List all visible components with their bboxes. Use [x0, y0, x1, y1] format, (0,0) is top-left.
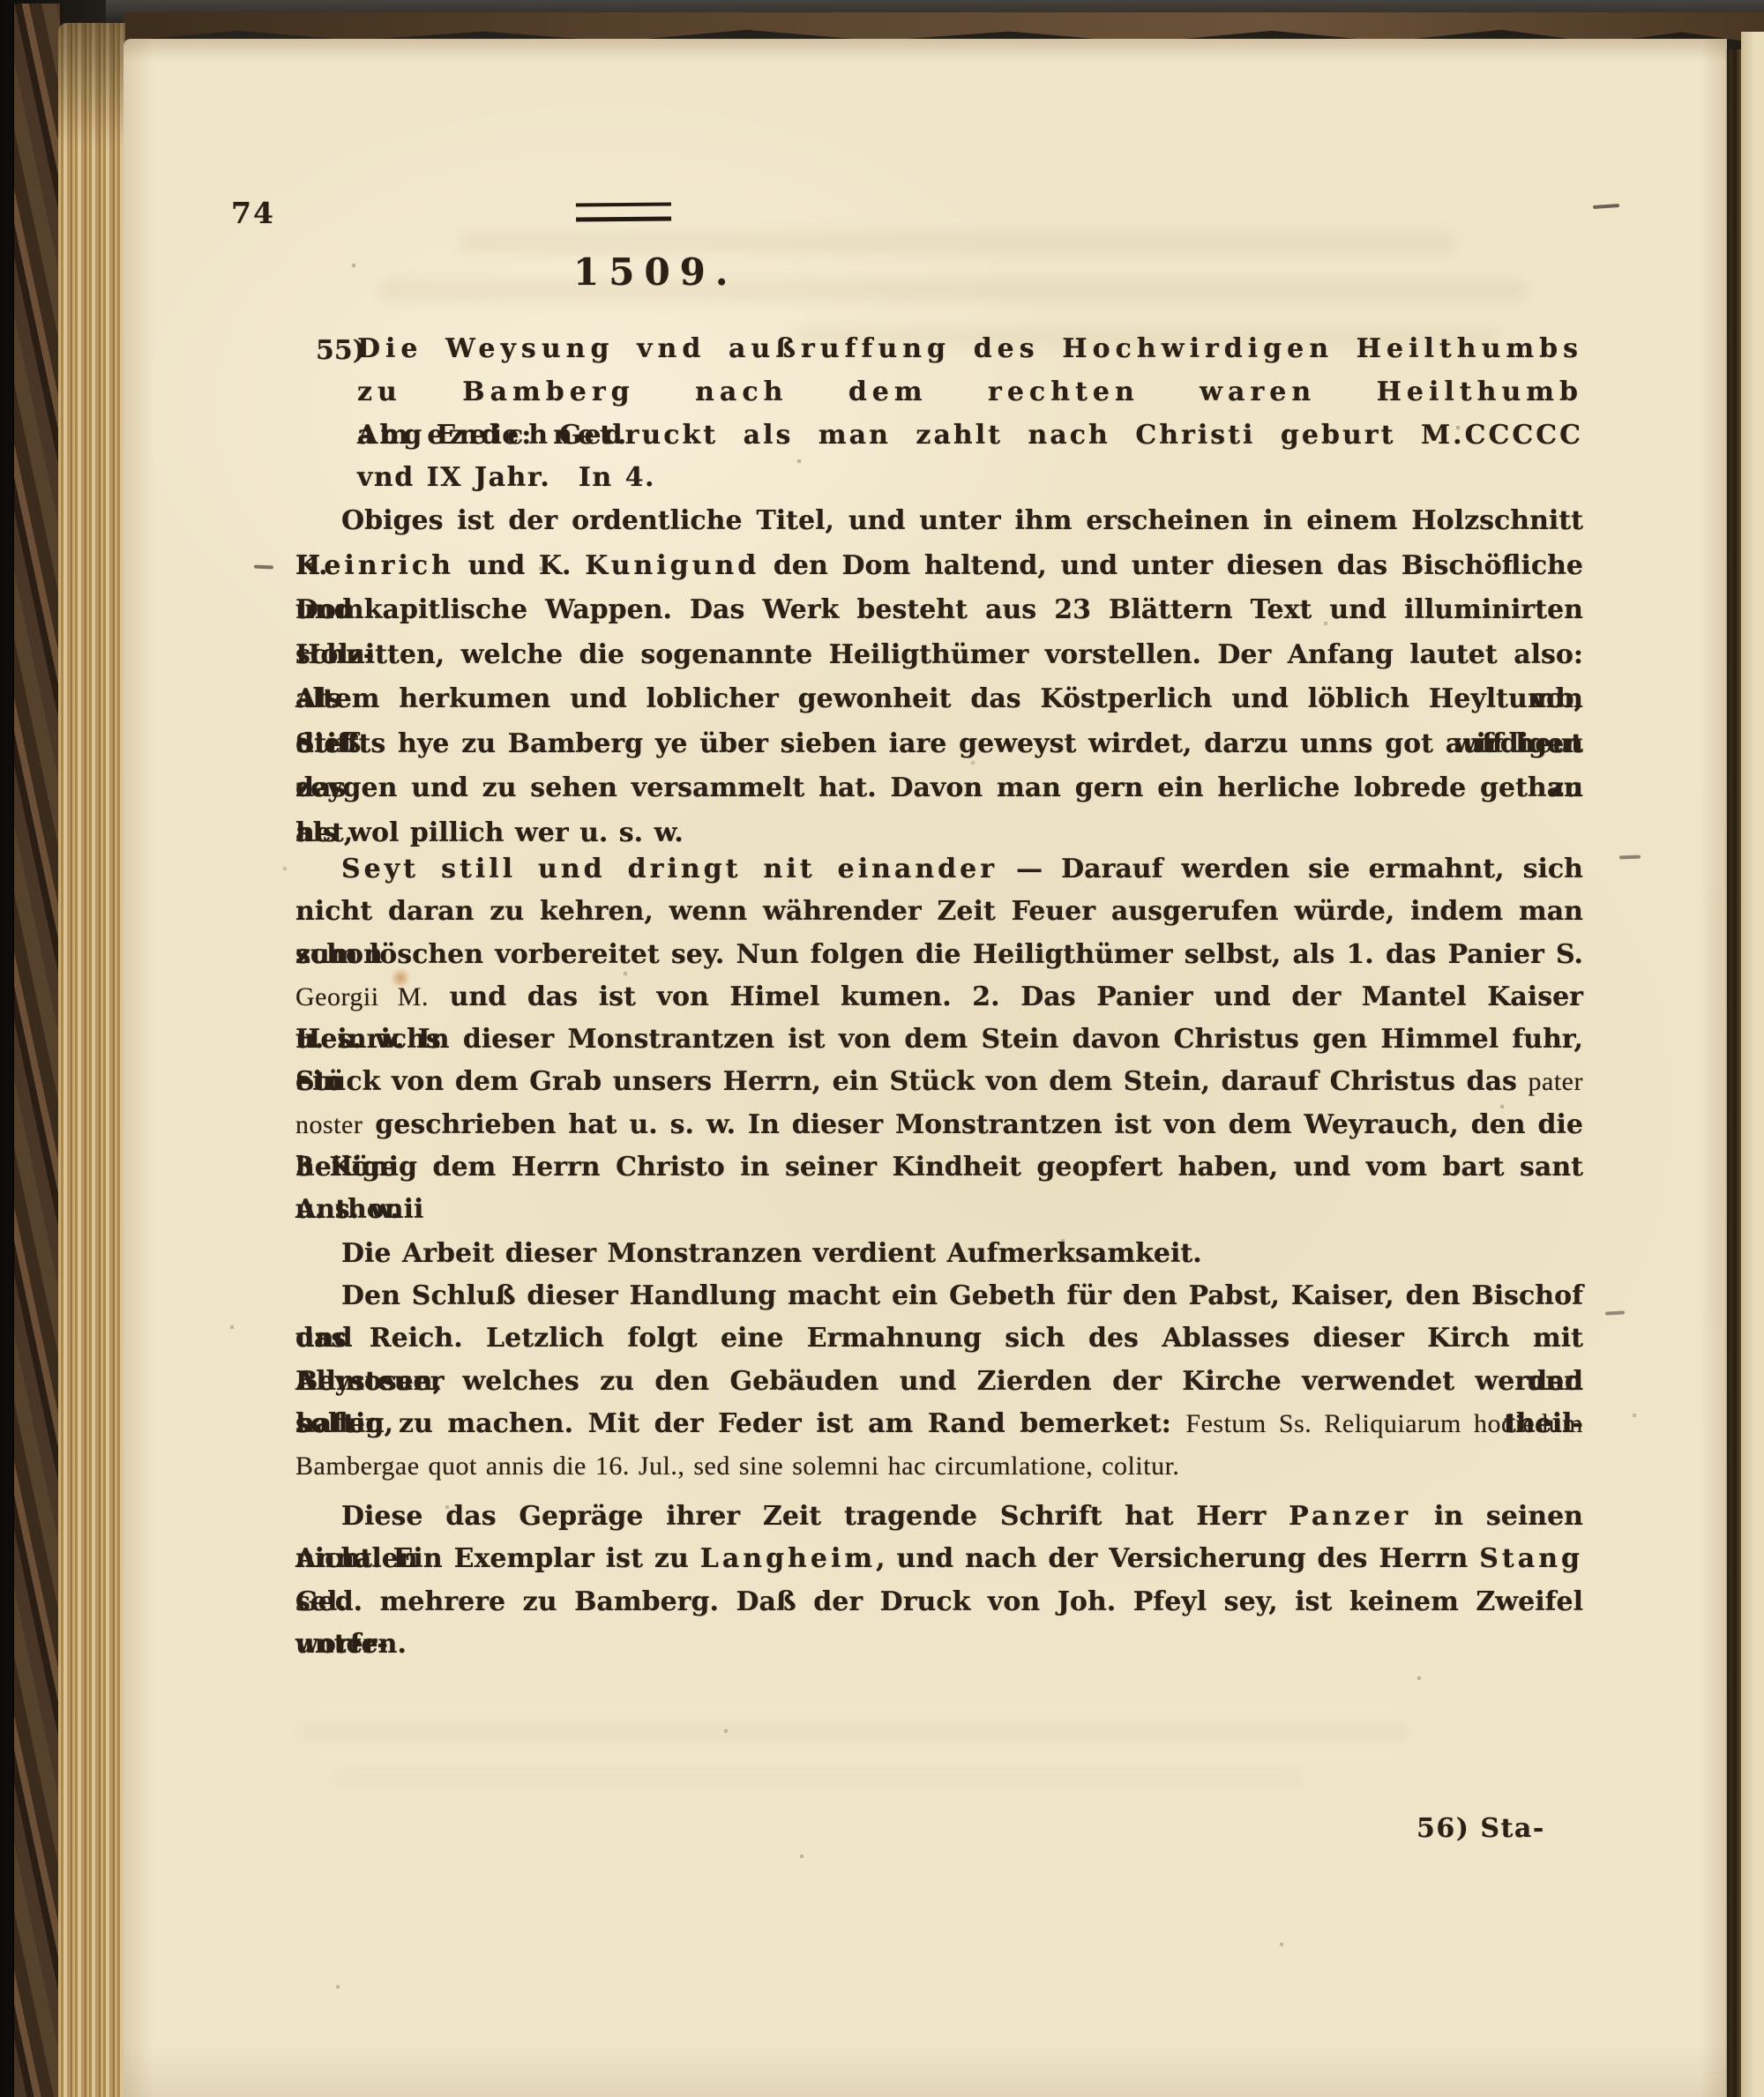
- latin-text: Bambergae quot annis die 16. Jul., sed s…: [295, 1451, 1179, 1481]
- paragraph-remark: Die Arbeit dieser Monstranzen verdient A…: [295, 1233, 1583, 1275]
- fraktur-text: Panzer: [1289, 1501, 1411, 1532]
- catchword: 56) Sta-: [1416, 1813, 1545, 1844]
- text-line: zeygen und zu sehen versammelt hat. Davo…: [295, 766, 1583, 811]
- show-through-text: [300, 1721, 1411, 1743]
- fraktur-text: Seyt still und dringt nit einander: [341, 854, 998, 884]
- fraktur-text: , und nach der Versicherung des Herrn: [876, 1543, 1479, 1574]
- text-line: Die Arbeit dieser Monstranzen verdient A…: [295, 1233, 1583, 1275]
- text-line: das Reich. Letzlich folgt eine Ermahnung…: [295, 1317, 1583, 1360]
- paragraph-provenance: Diese das Gepräge ihrer Zeit tragende Sc…: [295, 1496, 1583, 1666]
- show-through-text: [379, 279, 1526, 302]
- text-line: Die Weysung vnd außruffung des Hochwirdi…: [357, 328, 1583, 371]
- header-rule: [576, 203, 671, 222]
- text-line: Stück von dem Grab unsers Herrn, ein Stü…: [295, 1061, 1583, 1103]
- year-heading: 1509.: [573, 250, 738, 294]
- fraktur-text: haftig zu machen. Mit der Feder ist am R…: [295, 1408, 1185, 1439]
- fraktur-text: nicht. Ein Exemplar ist zu: [295, 1543, 700, 1574]
- text-line: worfen.: [295, 1623, 1583, 1666]
- text-line: Domkapitlische Wappen. Das Werk besteht …: [295, 588, 1583, 633]
- fraktur-text: worfen.: [295, 1629, 407, 1660]
- text-line: Diese das Gepräge ihrer Zeit tragende Sc…: [295, 1496, 1583, 1538]
- latin-text: noster: [295, 1110, 363, 1139]
- fraktur-text: zum löschen vorbereitet sey. Nun folgen …: [295, 939, 1583, 970]
- margin-pencil-dash: [1619, 855, 1641, 860]
- page-number: 74: [231, 196, 275, 230]
- show-through-text: [335, 1769, 1305, 1788]
- text-line: altem herkumen und loblicher gewonheit d…: [295, 677, 1583, 722]
- latin-text: pater: [1529, 1067, 1583, 1096]
- fraktur-text: Die Weysung vnd außruffung des Hochwirdi…: [357, 333, 1583, 364]
- text-line: schnitten, welche die sogenannte Heiligt…: [295, 633, 1583, 678]
- text-line: u. s. w.: [295, 1189, 1583, 1231]
- text-line: Den Schluß dieser Handlung macht ein Geb…: [295, 1275, 1583, 1317]
- text-line: Allmosen, welches zu den Gebäuden und Zi…: [295, 1361, 1583, 1403]
- latin-text: Festum Ss. Reliquiarum hodiedum: [1185, 1409, 1583, 1438]
- paper-specks: [0, 0, 2, 2]
- page-gutter-shadow: [1725, 49, 1741, 2097]
- text-line: Georgii M. und das ist von Himel kumen. …: [295, 976, 1583, 1019]
- text-line: vnd IX Jahr. In 4.: [357, 457, 1583, 500]
- book-scan: 74 1509. 55) Die Weysung vnd außruffung …: [0, 0, 1764, 2097]
- text-line: zu Bamberg nach dem rechten waren Heilth…: [357, 371, 1583, 414]
- fraktur-text: als wol pillich wer u. s. w.: [295, 817, 684, 848]
- fraktur-text: Diese das Gepräge ihrer Zeit tragende Sc…: [341, 1501, 1289, 1532]
- fraktur-text: Kunigund: [585, 550, 759, 581]
- fraktur-text: u. s. w.: [295, 1194, 400, 1225]
- text-line: Obiges ist der ordentliche Titel, und un…: [295, 499, 1583, 544]
- paragraph-closing: Den Schluß dieser Handlung macht ein Geb…: [295, 1275, 1583, 1488]
- text-line: u. s. w. In dieser Monstrantzen ist von …: [295, 1019, 1583, 1061]
- page-fore-edges: [58, 23, 125, 2097]
- paragraph-description: Obiges ist der ordentliche Titel, und un…: [295, 499, 1583, 855]
- latin-text: Georgii M.: [295, 982, 429, 1011]
- text-line: Seyt still und dringt nit einander — Dar…: [295, 848, 1583, 891]
- entry-title: Die Weysung vnd außruffung des Hochwirdi…: [357, 328, 1583, 500]
- fraktur-text: vnd IX Jahr. In 4.: [357, 462, 655, 493]
- fraktur-text: und K.: [454, 550, 585, 581]
- fraktur-text: Heinrich: [295, 550, 454, 581]
- text-line: haftig zu machen. Mit der Feder ist am R…: [295, 1403, 1583, 1445]
- text-line: nicht. Ein Exemplar ist zu Langheim, und…: [295, 1538, 1583, 1580]
- book-cover-edge: [12, 4, 63, 2097]
- fraktur-text: Stück von dem Grab unsers Herrn, ein Stü…: [295, 1066, 1529, 1097]
- fraktur-text: Stang: [1479, 1543, 1583, 1574]
- margin-pencil-dash: [254, 565, 273, 570]
- fraktur-text: Die Arbeit dieser Monstranzen verdient A…: [341, 1238, 1202, 1269]
- text-line: Heinrich und K. Kunigund den Dom haltend…: [295, 544, 1583, 589]
- fraktur-text: Langheim: [700, 1543, 876, 1574]
- text-line: noster geschrieben hat u. s. w. In diese…: [295, 1104, 1583, 1146]
- text-line: Stiffts hye zu Bamberg ye über sieben ia…: [295, 722, 1583, 767]
- fraktur-text: — Darauf werden sie ermahnt, sich: [998, 854, 1583, 884]
- text-line: Am Ende: Gedruckt als man zahlt nach Chr…: [357, 414, 1583, 458]
- paragraph-contents: Seyt still und dringt nit einander — Dar…: [295, 848, 1583, 1232]
- text-line: zum löschen vorbereitet sey. Nun folgen …: [295, 934, 1583, 976]
- fraktur-text: Am Ende: Gedruckt als man zahlt nach Chr…: [357, 420, 1583, 451]
- adjacent-page-edge: [1741, 32, 1764, 2097]
- text-line: nicht daran zu kehren, wenn währender Ze…: [295, 891, 1583, 933]
- text-line: Bambergae quot annis die 16. Jul., sed s…: [295, 1445, 1583, 1488]
- text-line: 3 König dem Herrn Christo in seiner Kind…: [295, 1146, 1583, 1189]
- text-line: Ged. mehrere zu Bamberg. Daß der Druck v…: [295, 1581, 1583, 1623]
